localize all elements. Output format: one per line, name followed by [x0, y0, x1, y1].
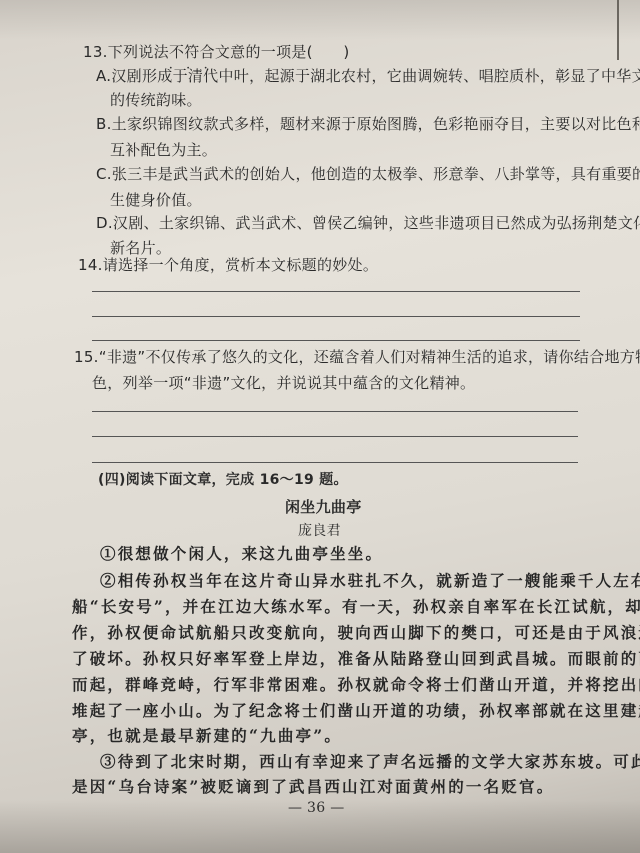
- q13-option-c-line2: 生健身价值。: [110, 190, 202, 210]
- page-shadow-top: [0, 0, 640, 40]
- q14-stem: 14.请选择一个角度，赏析本文标题的妙处。: [78, 255, 378, 275]
- q13-stem-suffix: 文意的一项是( ): [215, 43, 350, 61]
- q13-option-b-line2: 互补配色为主。: [110, 140, 217, 160]
- q13-option-d-line1: D.汉剧、土家织锦、武当武术、曾侯乙编钟，这些非遗项目已然成为弘扬荆楚文化的: [96, 213, 640, 233]
- q15-stem-line2: 色，列举一项“非遗”文化，并说说其中蕴含的文化精神。: [92, 373, 475, 393]
- page-shadow-bottom: [0, 800, 640, 853]
- passage-line: 而起，群峰竞峙，行军非常困难。孙权就命令将士们凿山开道，并将挖出的土在一侧又: [72, 675, 640, 695]
- passage-line: ②相传孙权当年在这片奇山异水驻扎不久，就新造了一艘能乘千人左右将士的大: [100, 571, 640, 591]
- passage-line: 堆起了一座小山。为了纪念将士们凿山开道的功绩，孙权率部就在这里建起了一座山: [72, 701, 640, 721]
- q14-answer-line-2[interactable]: [92, 316, 580, 317]
- q13-option-a-line1: A.汉剧形成于清代中叶，起源于湖北农村，它曲调婉转、唱腔质朴，彰显了中华文化: [96, 66, 640, 86]
- q13-stem-prefix: 13.下列说法: [83, 43, 169, 61]
- passage-line: 作，孙权便命试航船只改变航向，驶向西山脚下的樊口，可还是由于风浪过大，船受到: [72, 623, 640, 643]
- q13-stem: 13.下列说法不符合文意的一项是( ): [83, 42, 350, 62]
- passage-line: 是因“乌台诗案”被贬谪到了武昌西山江对面黄州的一名贬官。: [72, 777, 554, 797]
- section-heading: (四)阅读下面文章，完成 16～19 题。: [98, 470, 348, 490]
- q13-stem-emphasis: 不符合: [169, 43, 215, 61]
- q15-answer-line-3[interactable]: [92, 462, 578, 463]
- passage-line: ①很想做个闲人，来这九曲亭坐坐。: [100, 544, 383, 564]
- article-title: 闲坐九曲亭: [285, 497, 362, 517]
- q13-option-b-line1: B.土家织锦图纹款式多样，题材来源于原始图腾，色彩艳丽夺目，主要以对比色和: [96, 114, 640, 134]
- q13-option-c-line1: C.张三丰是武当武术的创始人，他创造的太极拳、形意拳、八卦掌等，具有重要的养: [96, 164, 640, 184]
- q14-answer-line-1[interactable]: [92, 291, 580, 292]
- passage-line: 亭，也就是最早新建的“九曲亭”。: [72, 726, 342, 746]
- exam-page: 13.下列说法不符合文意的一项是( ) A.汉剧形成于清代中叶，起源于湖北农村，…: [0, 0, 640, 853]
- passage-line: 船“长安号”，并在江边大练水军。有一天，孙权亲自率军在长江试航，却突遇狂风大: [72, 597, 640, 617]
- passage-line: 了破坏。孙权只好率军登上岸边，准备从陆路登山回到武昌城。而眼前的西山，突兀: [72, 649, 640, 669]
- passage-line: ③待到了北宋时期，西山有幸迎来了声名远播的文学大家苏东坡。可此时，他却: [100, 752, 640, 772]
- article-author: 庞良君: [298, 521, 341, 541]
- q14-answer-line-3[interactable]: [92, 340, 580, 341]
- q15-answer-line-2[interactable]: [92, 436, 578, 437]
- q15-stem-line1: 15.“非遗”不仅传承了悠久的文化，还蕴含着人们对精神生活的追求，请你结合地方特: [74, 347, 640, 367]
- q13-option-a-line2: 的传统韵味。: [110, 90, 202, 110]
- q15-answer-line-1[interactable]: [92, 411, 578, 412]
- binding-edge: [617, 0, 619, 60]
